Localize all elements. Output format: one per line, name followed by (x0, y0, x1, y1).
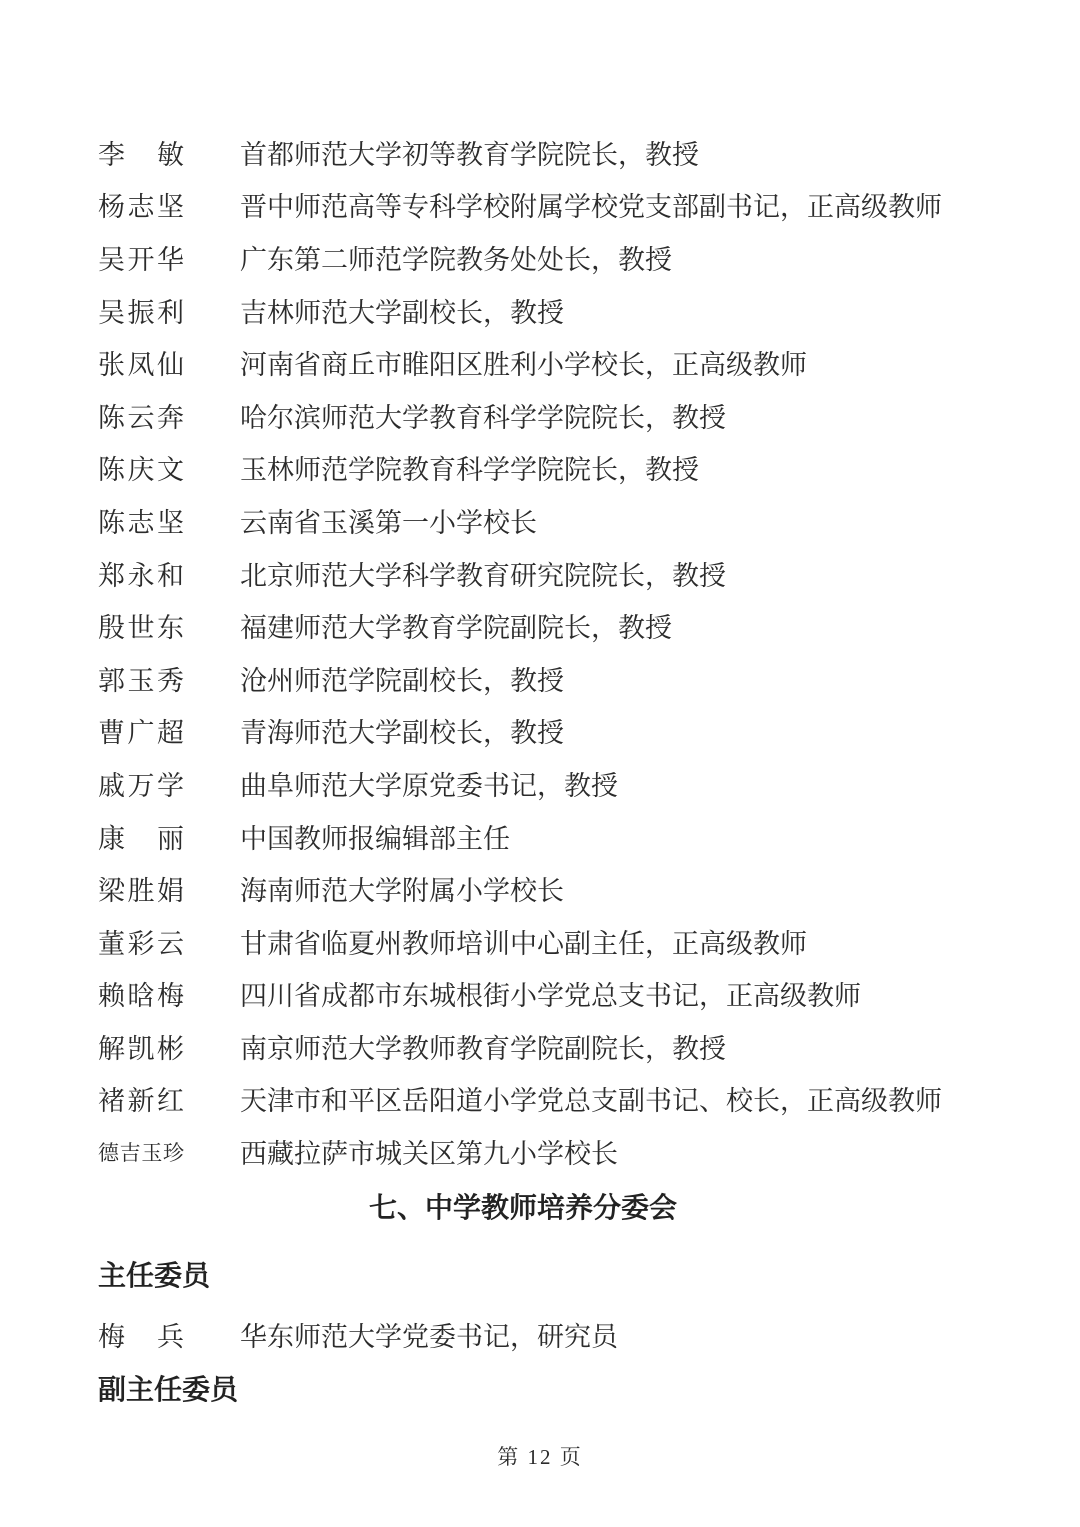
member-row: 杨志坚 晋中师范高等专科学校附属学校党支部副书记，正高级教师 (0, 179, 1080, 232)
member-title: 南京师范大学教师教育学院副院长，教授 (240, 1027, 726, 1066)
member-name: 杨志坚 (98, 185, 184, 224)
member-row: 郭玉秀 沧州师范学院副校长，教授 (0, 652, 1080, 705)
member-row: 吴振利 吉林师范大学副校长，教授 (0, 284, 1080, 337)
member-title: 曲阜师范大学原党委书记，教授 (240, 764, 618, 803)
member-title: 北京师范大学科学教育研究院院长，教授 (240, 554, 726, 593)
member-title: 吉林师范大学副校长，教授 (240, 291, 564, 330)
member-title: 海南师范大学附属小学校长 (240, 869, 564, 908)
member-name: 梁胜娟 (98, 869, 184, 908)
member-row: 戚万学 曲阜师范大学原党委书记，教授 (0, 757, 1080, 810)
member-row: 陈云奔 哈尔滨师范大学教育科学学院院长，教授 (0, 389, 1080, 442)
member-row: 吴开华 广东第二师范学院教务处处长，教授 (0, 231, 1080, 284)
member-name: 郭玉秀 (98, 659, 184, 698)
member-name: 吴开华 (98, 238, 184, 277)
chair-row-slot: 梅兵 华东师范大学党委书记，研究员 (0, 1308, 1080, 1361)
chair-section-label: 主任委员 (0, 1258, 1080, 1294)
member-name: 董彩云 (98, 922, 184, 961)
member-row: 李敏 首都师范大学初等教育学院院长，教授 (0, 126, 1080, 179)
member-name: 梅兵 (98, 1315, 184, 1354)
member-title: 河南省商丘市睢阳区胜利小学校长，正高级教师 (240, 343, 807, 382)
section-heading: 七、中学教师培养分委会 (0, 1190, 1080, 1226)
vice-chair-section-label: 副主任委员 (0, 1372, 1080, 1408)
member-title: 华东师范大学党委书记，研究员 (240, 1315, 618, 1354)
member-name: 吴振利 (98, 291, 184, 330)
member-row: 梁胜娟 海南师范大学附属小学校长 (0, 862, 1080, 915)
member-name: 陈云奔 (98, 396, 184, 435)
member-name: 康丽 (98, 817, 184, 856)
member-row: 梅兵 华东师范大学党委书记，研究员 (0, 1308, 1080, 1361)
member-row: 曹广超 青海师范大学副校长，教授 (0, 705, 1080, 758)
member-row: 康丽 中国教师报编辑部主任 (0, 810, 1080, 863)
member-row: 郑永和 北京师范大学科学教育研究院院长，教授 (0, 547, 1080, 600)
member-row: 褚新红 天津市和平区岳阳道小学党总支副书记、校长，正高级教师 (0, 1073, 1080, 1126)
member-title: 玉林师范学院教育科学学院院长，教授 (240, 448, 699, 487)
member-name: 赖晗梅 (98, 974, 184, 1013)
member-row: 陈庆文 玉林师范学院教育科学学院院长，教授 (0, 442, 1080, 495)
member-list: 李敏 首都师范大学初等教育学院院长，教授 杨志坚 晋中师范高等专科学校附属学校党… (0, 0, 1080, 1178)
member-name: 戚万学 (98, 764, 184, 803)
member-title: 首都师范大学初等教育学院院长，教授 (240, 133, 699, 172)
member-name: 殷世东 (98, 606, 184, 645)
member-name: 郑永和 (98, 554, 184, 593)
member-row: 赖晗梅 四川省成都市东城根街小学党总支书记，正高级教师 (0, 968, 1080, 1021)
member-row: 张凤仙 河南省商丘市睢阳区胜利小学校长，正高级教师 (0, 336, 1080, 389)
member-title: 中国教师报编辑部主任 (240, 817, 510, 856)
member-title: 四川省成都市东城根街小学党总支书记，正高级教师 (240, 974, 861, 1013)
member-name: 李敏 (98, 133, 184, 172)
document-page: 李敏 首都师范大学初等教育学院院长，教授 杨志坚 晋中师范高等专科学校附属学校党… (0, 0, 1080, 1527)
member-title: 西藏拉萨市城关区第九小学校长 (240, 1132, 618, 1171)
member-title: 福建师范大学教育学院副院长，教授 (240, 606, 672, 645)
member-title: 天津市和平区岳阳道小学党总支副书记、校长，正高级教师 (240, 1079, 942, 1118)
member-title: 青海师范大学副校长，教授 (240, 711, 564, 750)
member-name: 解凯彬 (98, 1027, 184, 1066)
member-title: 沧州师范学院副校长，教授 (240, 659, 564, 698)
member-row: 陈志坚 云南省玉溪第一小学校长 (0, 494, 1080, 547)
member-name: 陈庆文 (98, 448, 184, 487)
member-name: 陈志坚 (98, 501, 184, 540)
member-name: 褚新红 (98, 1079, 184, 1118)
member-row: 殷世东 福建师范大学教育学院副院长，教授 (0, 599, 1080, 652)
member-title: 云南省玉溪第一小学校长 (240, 501, 537, 540)
page-number: 第 12 页 (0, 1441, 1080, 1471)
member-title: 广东第二师范学院教务处处长，教授 (240, 238, 672, 277)
member-title: 晋中师范高等专科学校附属学校党支部副书记，正高级教师 (240, 185, 942, 224)
member-row: 德吉玉珍 西藏拉萨市城关区第九小学校长 (0, 1125, 1080, 1178)
member-name: 德吉玉珍 (98, 1137, 184, 1167)
member-row: 董彩云 甘肃省临夏州教师培训中心副主任，正高级教师 (0, 915, 1080, 968)
member-title: 哈尔滨师范大学教育科学学院院长，教授 (240, 396, 726, 435)
member-name: 张凤仙 (98, 343, 184, 382)
member-row: 解凯彬 南京师范大学教师教育学院副院长，教授 (0, 1020, 1080, 1073)
member-name: 曹广超 (98, 711, 184, 750)
member-title: 甘肃省临夏州教师培训中心副主任，正高级教师 (240, 922, 807, 961)
